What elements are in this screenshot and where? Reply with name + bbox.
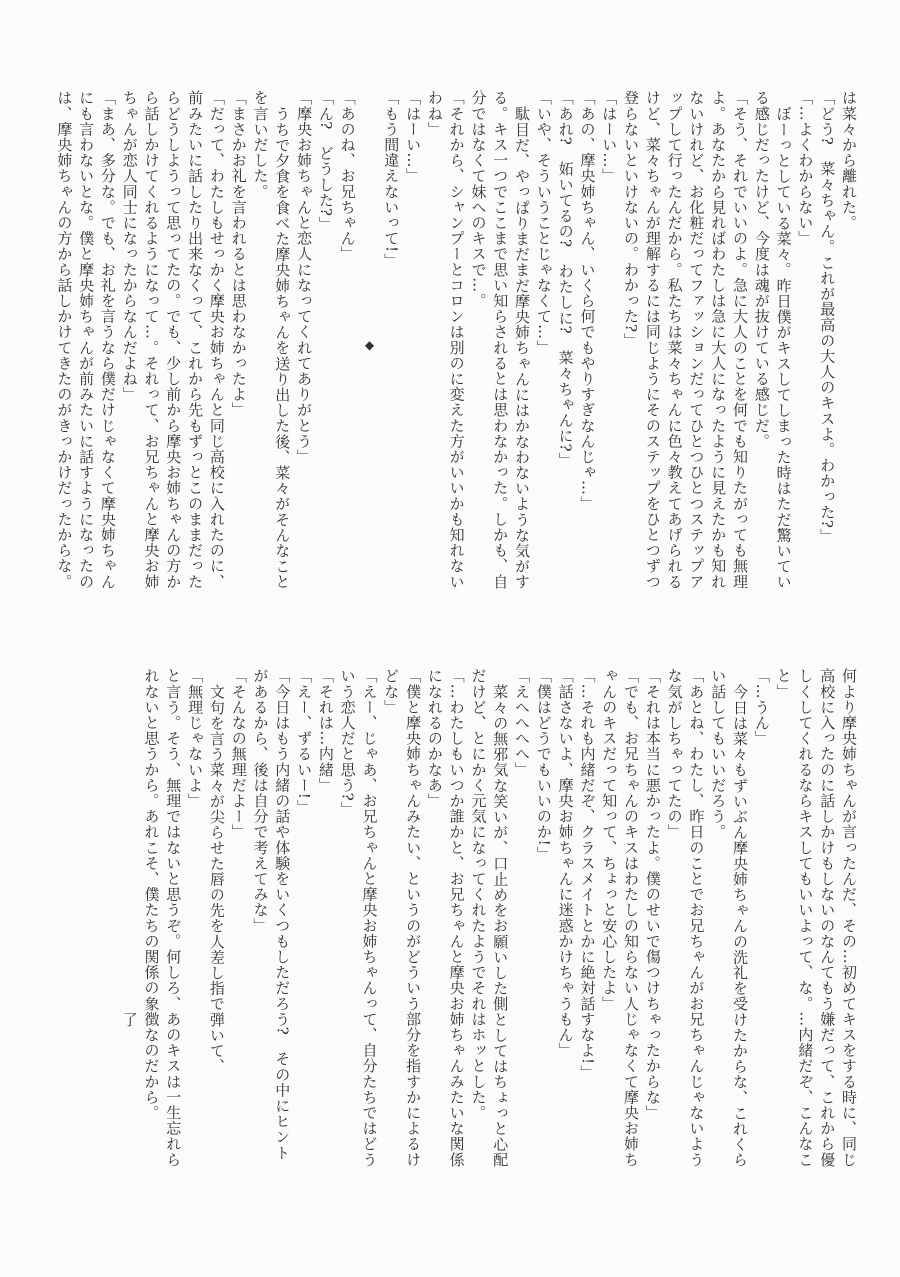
text-column: 今日は菜々もずいぶん摩央姉ちゃんの洗礼を受けたからな、これくら <box>728 668 750 1175</box>
text-column: る感じだったけど、今度は魂が抜けている感じだ。 <box>750 90 772 597</box>
text-column: らどうしようって思ってたの。でも、少し前から摩央お姉ちゃんの方か <box>162 90 184 597</box>
text-column: を言いだした。 <box>249 90 271 597</box>
text-column: わね」 <box>423 90 445 597</box>
text-column: 高校に入ったのに話しかけもしないのなんてもう嫌だって、これから優 <box>815 668 837 1175</box>
text-column: は菜々から離れた。 <box>837 90 859 597</box>
text-column: だけど、とにかく元気になってくれたようでそれはホッとした。 <box>467 668 489 1175</box>
text-column: 何より摩央姉ちゃんが言ったんだ、その…初めてキスをする時に、同じ <box>837 668 859 1175</box>
text-column: 「あのね、お兄ちゃん」 <box>336 90 358 597</box>
text-block-bottom: 何より摩央姉ちゃんが言ったんだ、その…初めてキスをする時に、同じ 高校に入ったの… <box>117 668 859 1175</box>
text-column: 「摩央お姉ちゃんと恋人になってくれてありがとう」 <box>292 90 314 597</box>
text-column: と」 <box>772 668 794 1175</box>
text-column: 登らないといけないの。わかった?」 <box>619 90 641 597</box>
text-column: 前みたいに話したり出来なくって、これから先もずっとこのままだった <box>183 90 205 597</box>
text-column: ゃんのキスだって知って、ちょっと安心したよ」 <box>597 668 619 1175</box>
text-column: は、摩央姉ちゃんの方から話しかけてきたのがきっかけだったからな。 <box>53 90 75 597</box>
end-mark: 了 <box>121 1012 139 1028</box>
text-column: 分ではなくて妹へのキスで…。 <box>467 90 489 597</box>
text-column: 「だって、わたしもせっかく摩央お姉ちゃんと同じ高校に入れたのに、 <box>205 90 227 597</box>
text-column: 駄目だ、やっぱりまだまだ摩央姉ちゃんにはかなわないような気がす <box>510 90 532 597</box>
text-column: ぼーっとしている菜々。昨日僕がキスしてしまった時はただ驚いてい <box>772 90 794 597</box>
section-break-diamond-icon: ◆ <box>362 338 376 353</box>
text-column: ちゃんが恋人同士になったからなんだよね」 <box>118 90 140 597</box>
text-column: 「えー、じゃあ、お兄ちゃんと摩央お姉ちゃんって、自分たちではどう <box>358 668 380 1175</box>
section-break-column: ◆ <box>358 90 380 597</box>
text-column: 「今日はもう内緒の話や体験をいくつもしただろう? その中にヒント <box>270 668 292 1175</box>
text-column: な気がしちゃってたの」 <box>663 668 685 1175</box>
text-column: よ。あなたから見ればわたしは急に大人になったように見えたかも知れ <box>706 90 728 597</box>
text-column: けど、菜々ちゃんが理解するには同じようにそのステップをひとつずつ <box>641 90 663 597</box>
text-column: 「でも、お兄ちゃんのキスはわたしの知らない人じゃなくて摩央お姉ち <box>619 668 641 1175</box>
text-column: 「えー、ずるいー!」 <box>292 668 314 1175</box>
text-column: 「いや、そういうことじゃなくて…」 <box>532 90 554 597</box>
text-column: どな」 <box>379 668 401 1175</box>
text-column: 「僕と摩央姉ちゃんみたい、というのがどういう部分を指すかによるけ <box>401 668 423 1175</box>
text-column: があるから、後は自分で考えてみな」 <box>249 668 271 1175</box>
text-column: ップして行ったんだから。私たちは菜々ちゃんに色々教えてあげられる <box>663 90 685 597</box>
text-column: いう恋人だと思う?」 <box>336 668 358 1175</box>
text-column: 「ん? どうした?」 <box>314 90 336 597</box>
text-column: ら話しかけてくれるようになって…。それって、お兄ちゃんと摩央お姉 <box>140 90 162 597</box>
text-column: 「まさかお礼を言われるとは思わなかったよ」 <box>227 90 249 597</box>
text-column: 「…うん」 <box>750 668 772 1175</box>
text-column: 文句を言う菜々が尖らせた唇の先を人差し指で弾いて、 <box>205 668 227 1175</box>
text-column: になれるのかなあ」 <box>423 668 445 1175</box>
text-column: ないけれど、お化粧だってファッションだってひとつひとつステップア <box>685 90 707 597</box>
text-column: 菜々の無邪気な笑いが、口止めをお願いした側としてはちょっと心配 <box>488 668 510 1175</box>
text-column: 「無理じゃないよ」 <box>183 668 205 1175</box>
text-column: と言う。そう、無理ではないと思うぞ。何しろ、あのキスは一生忘れら <box>162 668 184 1175</box>
text-column: 「それは本当に悪かったよ。僕のせいで傷つけちゃったからな」 <box>641 668 663 1175</box>
text-column: 「あれ? 妬いてるの? わたしに? 菜々ちゃんに?」 <box>554 90 576 597</box>
text-column: 「えへへへへ」 <box>510 668 532 1175</box>
text-column: しくしてくれるならキスしてもいいよって、な。…内緒だぞ、こんなこ <box>794 668 816 1175</box>
text-column: れないと思うから。あれこそ、僕たちの関係の象徴なのだから。 <box>140 668 162 1175</box>
text-column: 「はーい…」 <box>401 90 423 597</box>
text-column: 「…それも内緒だぞ、クラスメイトとかに絶対話すなよ!」 <box>576 668 598 1175</box>
scanned-novel-page: は菜々から離れた。 「どう? 菜々ちゃん。これが最高の大人のキスよ。わかった?」… <box>0 0 900 1277</box>
text-column: 「…わたしもいつか誰かと、お兄ちゃんと摩央お姉ちゃんみたいな関係 <box>445 668 467 1175</box>
text-column: 「そんなの無理だよー」 <box>227 668 249 1175</box>
end-mark-column: 了 <box>118 668 140 1175</box>
text-column: にも言わないとな。僕と摩央姉ちゃんが前みたいに話すようになったの <box>74 90 96 597</box>
text-column: 「そう、それでいいのよ。急に大人のことを何でも知りたがっても無理 <box>728 90 750 597</box>
text-column: 「はーい…」 <box>597 90 619 597</box>
text-column: 「どう? 菜々ちゃん。これが最高の大人のキスよ。わかった?」 <box>815 90 837 597</box>
text-column: 「それから、シャンプーとコロンは別のに変えた方がいいかも知れない <box>445 90 467 597</box>
text-column: 「話さないよ、摩央お姉ちゃんに迷惑かけちゃうもん」 <box>554 668 576 1175</box>
text-column: る。キス一つでここまで思い知らされるとは思わなかった。しかも、自 <box>488 90 510 597</box>
text-column: い話してもいいだろう。 <box>706 668 728 1175</box>
text-block-top: は菜々から離れた。 「どう? 菜々ちゃん。これが最高の大人のキスよ。わかった?」… <box>52 90 859 597</box>
text-column: 「あとね、わたし、昨日のことでお兄ちゃんがお兄ちゃんじゃないよう <box>685 668 707 1175</box>
text-column: うちで夕食を食べた摩央姉ちゃんを送り出した後、菜々がそんなこと <box>270 90 292 597</box>
text-column: 「もう間違えないって!」 <box>379 90 401 597</box>
text-column: 「あの、摩央姉ちゃん、いくら何でもやりすぎなんじゃ…」 <box>576 90 598 597</box>
text-column: 「…よくわからない」 <box>794 90 816 597</box>
text-column: 「まあ、多分な。でも、お礼を言うなら僕だけじゃなくて摩央姉ちゃん <box>96 90 118 597</box>
text-column: 「それは…内緒」 <box>314 668 336 1175</box>
text-column: 「僕はどうでもいいのか!」 <box>532 668 554 1175</box>
